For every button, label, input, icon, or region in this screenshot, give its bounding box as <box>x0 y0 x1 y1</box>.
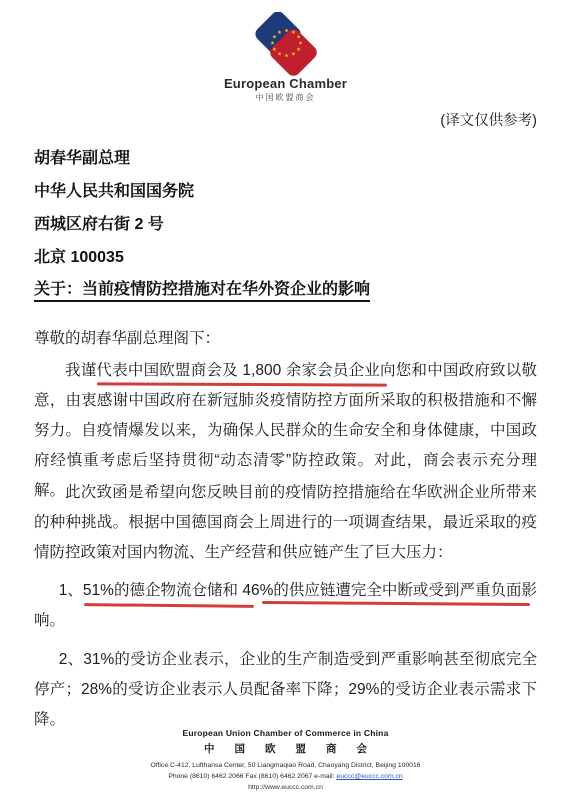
subject-text: 关于：当前疫情防控措施对在华外资企业的影响 <box>34 281 370 302</box>
letter-page: European Chamber 中国欧盟商会 (译文仅供参考) 胡春华副总理 … <box>0 0 571 800</box>
body-list-item-2: 2、31%的受访企业表示，企业的生产制造受到严重影响甚至彻底完全停产；28%的受… <box>34 645 537 735</box>
footer-address: Office C-412, Lufthansa Center, 50 Liang… <box>0 762 571 769</box>
footer-phone-fax: Phone (8610) 6462 2066 Fax (8610) 6462 2… <box>168 773 334 780</box>
footer-org-name-en: European Union Chamber of Commerce in Ch… <box>0 728 571 738</box>
letterhead-footer: European Union Chamber of Commerce in Ch… <box>0 728 571 791</box>
eu-china-diamonds-logo-icon <box>247 12 325 76</box>
logo-org-name-en: European Chamber <box>0 76 571 91</box>
body-paragraph-2: 此次致函是希望向您反映目前的疫情防控措施给在华欧洲企业所带来的种种挑战。根据中国… <box>34 478 537 568</box>
recipient-city-postcode: 北京 100035 <box>34 241 194 274</box>
chamber-logo: European Chamber 中国欧盟商会 <box>0 12 571 103</box>
salutation: 尊敬的胡春华副总理阁下： <box>34 326 220 348</box>
recipient-name: 胡春华副总理 <box>34 142 194 175</box>
footer-email-link: euccc@euccc.com.cn <box>336 773 402 780</box>
logo-org-name-zh: 中国欧盟商会 <box>0 92 571 103</box>
recipient-block: 胡春华副总理 中华人民共和国国务院 西城区府右街 2 号 北京 100035 <box>34 142 194 274</box>
recipient-street: 西城区府右街 2 号 <box>34 208 194 241</box>
subject-line: 关于：当前疫情防控措施对在华外资企业的影响 <box>34 276 370 299</box>
translation-note: (译文仅供参考) <box>440 109 537 130</box>
footer-contact-line: Phone (8610) 6462 2066 Fax (8610) 6462 2… <box>0 773 571 780</box>
recipient-org: 中华人民共和国国务院 <box>34 175 194 208</box>
footer-website-link: http://www.euccc.com.cn <box>0 784 571 791</box>
footer-org-name-zh: 中国欧盟商会 <box>0 741 571 756</box>
